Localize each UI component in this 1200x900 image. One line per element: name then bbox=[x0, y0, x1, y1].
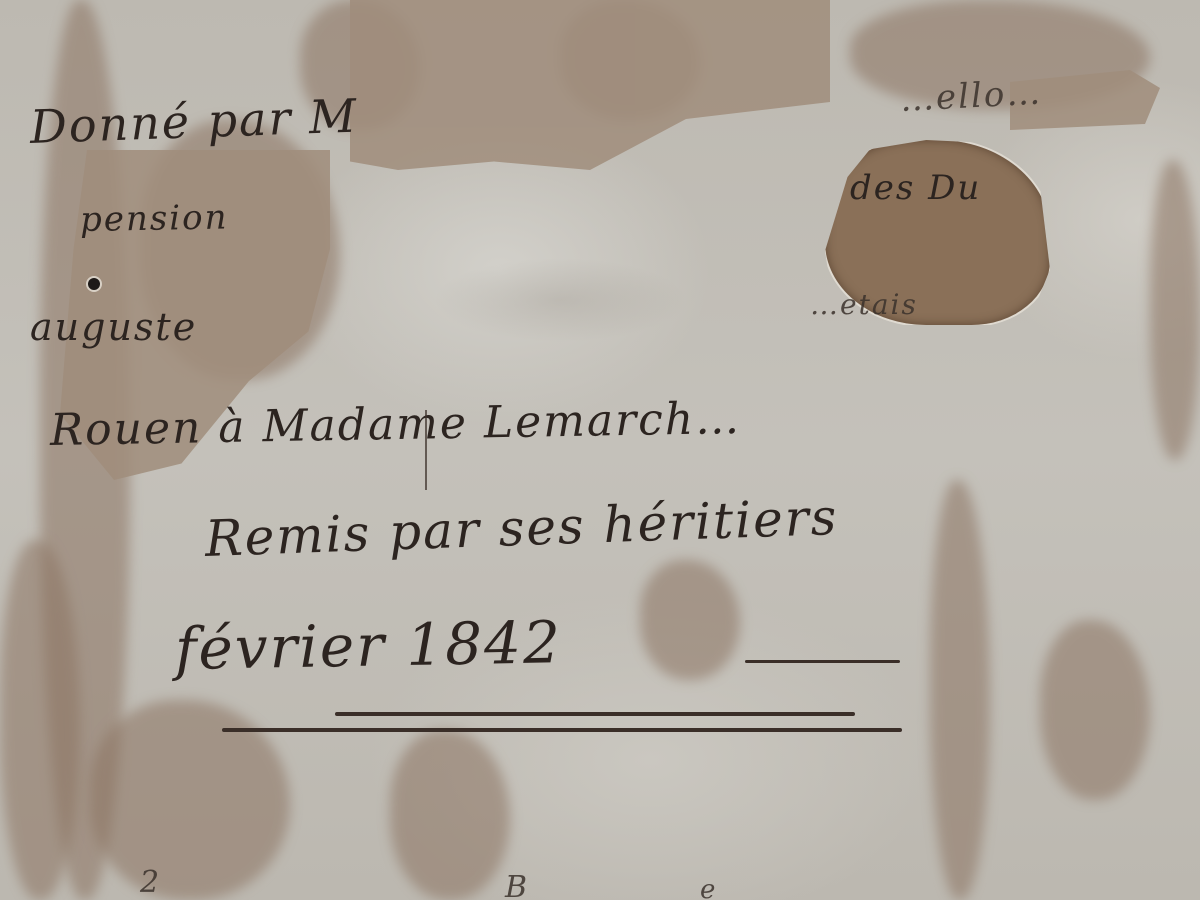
line-date: février 1842 bbox=[174, 608, 562, 683]
nail-hole bbox=[88, 278, 100, 290]
line-etais: …etais bbox=[810, 288, 918, 321]
bottom-fragment: e bbox=[700, 875, 717, 900]
plus-mark bbox=[425, 410, 427, 490]
underline-upper bbox=[335, 712, 855, 716]
bottom-fragment: 2 bbox=[140, 865, 161, 900]
line-auguste: auguste bbox=[30, 305, 197, 349]
line-donne-fragment: …ello… bbox=[899, 73, 1043, 120]
bottom-fragment: B bbox=[505, 870, 529, 900]
water-stain bbox=[640, 560, 740, 680]
date-tail-stroke bbox=[745, 660, 900, 663]
underline-lower bbox=[222, 728, 902, 732]
line-pension: pension bbox=[80, 197, 229, 240]
line-des-du: des Du bbox=[850, 168, 981, 208]
line-donne-par: Donné par M bbox=[29, 89, 359, 154]
